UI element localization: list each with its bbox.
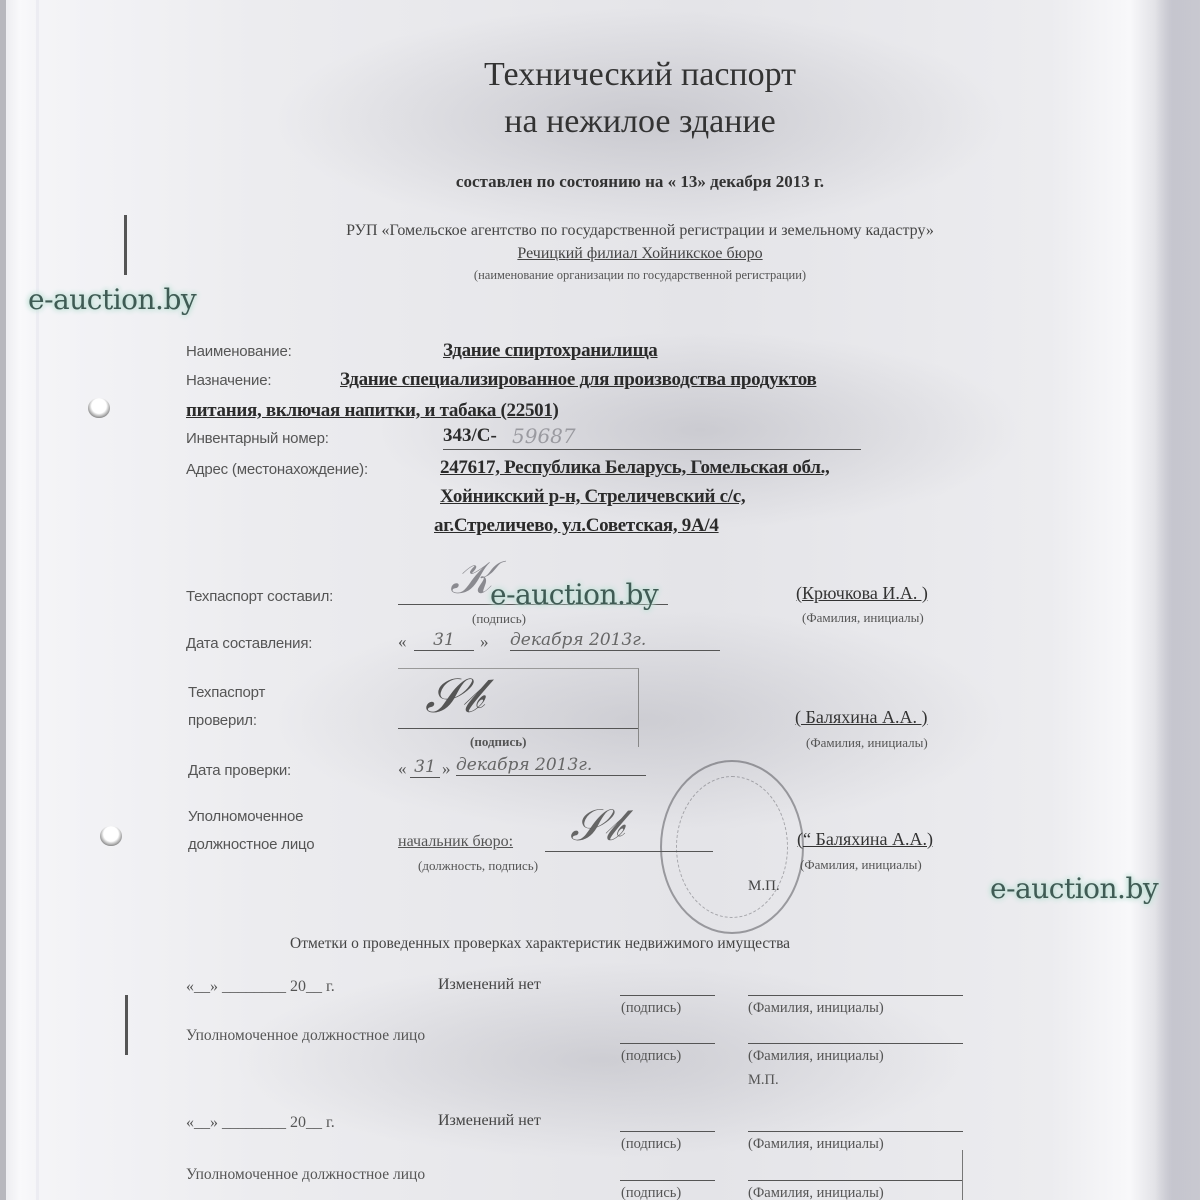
- check-official-label: Уполномоченное должностное лицо: [186, 1027, 425, 1045]
- check-signature-caption: (подпись): [621, 1000, 681, 1017]
- binding-hole-icon: [88, 398, 110, 418]
- official-name: (“ Баляхина А.А.): [797, 829, 933, 850]
- compiled-signature-caption: (подпись): [472, 611, 526, 627]
- address-line-3: аг.Стреличево, ул.Советская, 9А/4: [434, 515, 719, 537]
- check-date-close-quote: »: [442, 759, 451, 779]
- check-seal-label: М.П.: [748, 1072, 779, 1089]
- checked-signature-caption: (подпись): [470, 734, 526, 750]
- check-official-name-line: [748, 1043, 963, 1044]
- check-signature-caption: (подпись): [621, 1136, 681, 1153]
- signature-compiler: 𝒦: [450, 550, 493, 606]
- check-official-signature-line: [620, 1043, 715, 1044]
- margin-rule: [962, 1150, 963, 1200]
- purpose-value-2: питания, включая напитки, и табака (2250…: [186, 400, 559, 422]
- purpose-label: Назначение:: [186, 372, 271, 389]
- checked-signature-line: [398, 728, 638, 729]
- name-value: Здание спиртохранилища: [443, 340, 658, 362]
- purpose-value-1: Здание специализированное для производст…: [340, 369, 816, 391]
- check-official-name-caption: (Фамилия, инициалы): [748, 1048, 884, 1065]
- compile-date-label: Дата составления:: [186, 635, 312, 652]
- check-official-label: Уполномоченное должностное лицо: [186, 1166, 425, 1184]
- check-name-caption: (Фамилия, инициалы): [748, 1136, 884, 1153]
- check-official-signature-caption: (подпись): [621, 1048, 681, 1065]
- official-signature-line: [545, 851, 713, 852]
- checks-heading: Отметки о проведенных проверках характер…: [290, 935, 790, 953]
- organization-branch: Речицкий филиал Хойникское бюро: [0, 245, 1200, 263]
- compile-date-day: 31: [414, 630, 474, 651]
- compiled-label: Техпаспорт составил:: [186, 588, 333, 605]
- address-line-1: 247617, Республика Беларусь, Гомельская …: [440, 457, 830, 479]
- address-label: Адрес (местонахождение):: [186, 461, 368, 478]
- official-position: начальник бюро:: [398, 833, 513, 851]
- check-signature-line: [620, 1131, 715, 1132]
- signature-checker: 𝒮𝒷: [425, 668, 483, 725]
- inventory-handwritten: 59687: [512, 424, 576, 448]
- checked-label-1: Техпаспорт: [188, 684, 265, 701]
- check-name-line: [748, 995, 963, 996]
- state-date: составлен по состоянию на « 13» декабря …: [0, 172, 1200, 192]
- check-signature-line: [620, 995, 715, 996]
- official-label-2: должностное лицо: [188, 836, 314, 853]
- signature-official: 𝒮𝒷: [570, 800, 623, 851]
- checked-label-2: проверил:: [188, 712, 257, 729]
- inventory-value: 343/С-: [443, 425, 497, 447]
- check-date-template: «__» ________ 20__ г.: [186, 1114, 335, 1132]
- check-official-name-line: [748, 1180, 963, 1181]
- official-position-caption: (должность, подпись): [418, 858, 538, 874]
- seal-label: М.П.: [748, 878, 780, 895]
- watermark: e-auction.by: [990, 872, 1158, 905]
- inventory-label: Инвентарный номер:: [186, 430, 329, 447]
- check-name-line: [748, 1131, 963, 1132]
- check-status: Изменений нет: [438, 1112, 541, 1130]
- watermark: e-auction.by: [490, 578, 658, 611]
- check-date-month: декабря 2013г.: [456, 755, 646, 776]
- check-official-signature-caption: (подпись): [621, 1185, 681, 1200]
- address-line-2: Хойникский р-н, Стреличевский с/с,: [440, 486, 745, 508]
- checked-name: ( Баляхина А.А. ): [795, 707, 928, 728]
- document-title: Технический паспорт: [0, 56, 1200, 94]
- compile-date-month: декабря 2013г.: [510, 630, 720, 651]
- checked-name-caption: (Фамилия, инициалы): [806, 735, 928, 751]
- official-label-1: Уполномоченное: [188, 808, 303, 825]
- compiled-name: (Крючкова И.А. ): [796, 583, 928, 604]
- check-date-label: Дата проверки:: [188, 762, 291, 779]
- name-label: Наименование:: [186, 343, 292, 360]
- check-name-caption: (Фамилия, инициалы): [748, 1000, 884, 1017]
- check-date-template: «__» ________ 20__ г.: [186, 978, 335, 996]
- organization-caption: (наименование организации по государстве…: [0, 268, 1200, 283]
- margin-mark: [125, 995, 128, 1055]
- check-official-name-caption: (Фамилия, инициалы): [748, 1185, 884, 1200]
- watermark: e-auction.by: [28, 283, 196, 316]
- check-date-open-quote: «: [398, 759, 407, 779]
- inventory-underline: [443, 449, 861, 450]
- compile-date-close-quote: »: [480, 632, 489, 652]
- check-date-day: 31: [410, 757, 440, 778]
- binding-hole-icon: [100, 826, 122, 846]
- document-subtitle: на нежилое здание: [0, 103, 1200, 141]
- check-official-signature-line: [620, 1180, 715, 1181]
- official-name-caption: (Фамилия, инициалы): [800, 857, 922, 873]
- check-status: Изменений нет: [438, 976, 541, 994]
- compiled-name-caption: (Фамилия, инициалы): [802, 610, 924, 626]
- compile-date-open-quote: «: [398, 632, 407, 652]
- organization-name: РУП «Гомельское агентство по государстве…: [0, 222, 1200, 240]
- official-seal-icon: [660, 760, 804, 934]
